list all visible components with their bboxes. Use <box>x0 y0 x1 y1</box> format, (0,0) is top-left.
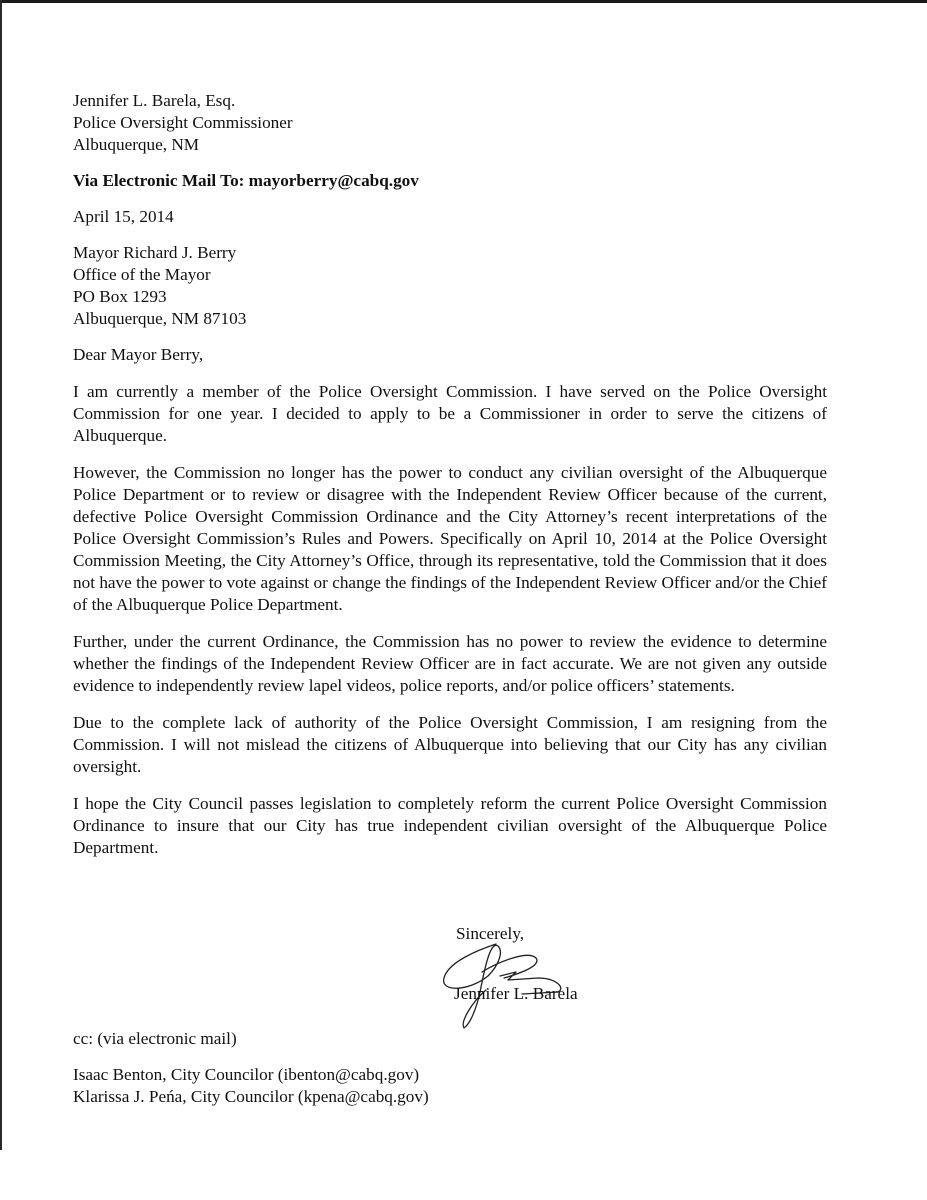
recipient-name: Mayor Richard J. Berry <box>73 242 827 264</box>
signature-block: Sincerely, Jennifer L. Barela <box>456 924 656 1024</box>
sender-name: Jennifer L. Barela, Esq. <box>73 90 827 112</box>
recipient-city: Albuquerque, NM 87103 <box>73 308 827 330</box>
sender-location: Albuquerque, NM <box>73 134 827 156</box>
scan-edge-top <box>0 0 927 3</box>
paragraph-3: Further, under the current Ordinance, th… <box>73 631 827 697</box>
recipient-block: Mayor Richard J. Berry Office of the May… <box>73 242 827 330</box>
recipient-office: Office of the Mayor <box>73 264 827 286</box>
paragraph-4: Due to the complete lack of authority of… <box>73 712 827 778</box>
sender-block: Jennifer L. Barela, Esq. Police Oversigh… <box>73 90 827 156</box>
sender-title: Police Oversight Commissioner <box>73 112 827 134</box>
handwritten-signature-icon <box>438 932 588 1032</box>
scan-edge-left <box>0 0 2 1150</box>
cc-label: cc: (via electronic mail) <box>73 1028 429 1050</box>
cc-recipient: Isaac Benton, City Councilor (ibenton@ca… <box>73 1064 429 1086</box>
signature-name: Jennifer L. Barela <box>454 984 578 1004</box>
cc-block: cc: (via electronic mail) Isaac Benton, … <box>73 1028 429 1108</box>
recipient-po-box: PO Box 1293 <box>73 286 827 308</box>
paragraph-5: I hope the City Council passes legislati… <box>73 793 827 859</box>
paragraph-1: I am currently a member of the Police Ov… <box>73 381 827 447</box>
letter-date: April 15, 2014 <box>73 206 827 228</box>
salutation: Dear Mayor Berry, <box>73 344 827 366</box>
paragraph-2: However, the Commission no longer has th… <box>73 462 827 616</box>
delivery-line: Via Electronic Mail To: mayorberry@cabq.… <box>73 170 827 192</box>
cc-recipient: Klarissa J. Peńa, City Councilor (kpena@… <box>73 1086 429 1108</box>
letter: Jennifer L. Barela, Esq. Police Oversigh… <box>73 90 827 859</box>
